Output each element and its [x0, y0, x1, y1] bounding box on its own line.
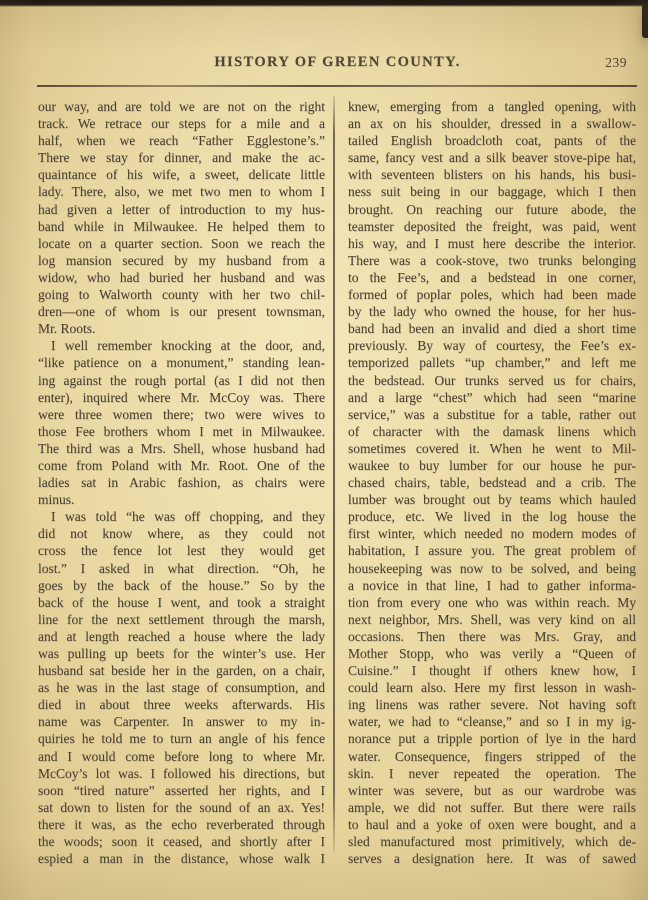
text-line: winter was severe, but as our wardrobe w… — [348, 782, 636, 799]
text-line: log mansion secured by my husband from a — [38, 252, 325, 269]
scan-edge-top — [0, 0, 648, 7]
text-line: come from Poland with Mr. Root. One of t… — [38, 457, 325, 474]
text-line: tailed English broadcloth coat, pants of… — [348, 132, 636, 149]
page-number: 239 — [605, 55, 627, 71]
text-line: housekeeping was now to be solved, and b… — [348, 560, 636, 577]
text-line: had given a letter of introduction to my… — [38, 201, 325, 218]
text-line: habitation, I assure you. The great prob… — [348, 542, 636, 559]
text-line: same, fancy vest and a silk beaver stove… — [348, 149, 636, 166]
text-line: widow, who had buried her husband and wa… — [38, 269, 325, 286]
text-line: back of the house I went, and took a str… — [38, 594, 325, 611]
text-line: quaintance of his wife, a sweet, delicat… — [38, 166, 325, 183]
text-line: and at length reached a house where the … — [38, 628, 325, 645]
text-line: Mr. Roots. — [38, 320, 325, 337]
text-line: skin. I never repeated the operation. Th… — [348, 765, 636, 782]
text-line: serves a designation here. It was of saw… — [348, 850, 636, 867]
text-line: waukee to buy lumber for our house he pu… — [348, 457, 636, 474]
text-line: goes by the back of the house.” So by th… — [38, 577, 325, 594]
text-line: Cuisine.” I thought if others knew how, … — [348, 662, 636, 679]
text-line: Mother Stopp, who was verily a “Queen of — [348, 645, 636, 662]
text-line: formed of poplar poles, which had been m… — [348, 286, 636, 303]
paragraph: I well remember knocking at the door, an… — [38, 337, 325, 508]
text-line: minus. — [38, 491, 325, 508]
text-line: ing linens was rather severe. Not having… — [348, 696, 636, 713]
text-line: locate on a quarter section. Soon we rea… — [38, 235, 325, 252]
text-line: sometimes covered it. When he went to Mi… — [348, 440, 636, 457]
text-line: and a large “chest” which had seen “mari… — [348, 389, 636, 406]
text-line: water, we had to “cleanse,” and so I in … — [348, 713, 636, 730]
text-line: lady. There, also, we met two men to who… — [38, 183, 325, 200]
header-rule — [37, 85, 637, 87]
text-line: soon “tired nature” asserted her rights,… — [38, 782, 325, 799]
text-line: ample, we did not suffer. But there were… — [348, 799, 636, 816]
text-line: there it was, as the echo reverberated t… — [38, 816, 325, 833]
text-line: first winter, which needed no modern mod… — [348, 525, 636, 542]
text-line: and I would come before long to where Mr… — [38, 748, 325, 765]
text-line: band had been an invalid and died a shor… — [348, 320, 636, 337]
text-line: previously. By way of courtesy, the Fee’… — [348, 337, 636, 354]
text-line: of character with the damask linens whic… — [348, 423, 636, 440]
text-line: lost.” I asked in what direction. “Oh, h… — [38, 560, 325, 577]
text-line: sat down to listen for the sound of an a… — [38, 799, 325, 816]
text-line: chased chairs, table, bedstead and a cri… — [348, 474, 636, 491]
text-line: teamster deposited the freight, was paid… — [348, 218, 636, 235]
text-line: did not know where, as they could not — [38, 525, 325, 542]
text-line: cross the fence lot lest they would get — [38, 542, 325, 559]
text-line: dren—one of whom is our present townsman… — [38, 303, 325, 320]
text-line: the woods; soon it ceased, and shortly a… — [38, 833, 325, 850]
text-line: quiries he told me to turn an angle of h… — [38, 730, 325, 747]
text-line: the bedstead. Our trunks served us for c… — [348, 372, 636, 389]
text-line: next neighbor, Mrs. Shell, was very kind… — [348, 611, 636, 628]
book-page: HISTORY OF GREEN COUNTY. 239 our way, an… — [0, 0, 648, 900]
text-line: with seventeen blisters on his hands, hi… — [348, 166, 636, 183]
scan-mark-top-right — [642, 4, 648, 38]
text-line: I well remember knocking at the door, an… — [38, 337, 325, 354]
text-line: occasions. Then there was Mrs. Gray, and — [348, 628, 636, 645]
text-line: knew, emerging from a tangled opening, w… — [348, 98, 636, 115]
text-line: ing against the rough portal (as I did n… — [38, 372, 325, 389]
text-line: our way, and are told we are not on the … — [38, 98, 325, 115]
text-line: a novice in that line, I had to gather i… — [348, 577, 636, 594]
text-line: band while in Milwaukee. He helped them … — [38, 218, 325, 235]
text-line: lumber was brought out by teams which ha… — [348, 491, 636, 508]
text-line: temporized pallets “up chamber,” and lef… — [348, 354, 636, 371]
text-line: I was told “he was off chopping, and the… — [38, 508, 325, 525]
text-line: as he was in the last stage of consumpti… — [38, 679, 325, 696]
text-column-right: knew, emerging from a tangled opening, w… — [348, 98, 636, 867]
text-line: brought. On reaching our future abode, t… — [348, 201, 636, 218]
column-divider — [333, 96, 335, 853]
text-line: The third was a Mrs. Shell, whose husban… — [38, 440, 325, 457]
text-line: “like patience on a monument,” standing … — [38, 354, 325, 371]
text-line: sled manufactured most primitively, whic… — [348, 833, 636, 850]
text-line: was pulling up beets for the winter’s us… — [38, 645, 325, 662]
paragraph: our way, and are told we are not on the … — [38, 98, 325, 337]
page-title: HISTORY OF GREEN COUNTY. — [214, 54, 460, 70]
text-line: were three women there; two were wives t… — [38, 406, 325, 423]
text-line: McCoy’s lot was. I followed his directio… — [38, 765, 325, 782]
text-line: ladies sat in Arabic fashion, as chairs … — [38, 474, 325, 491]
text-line: enter), inquired where Mr. McCoy was. Th… — [38, 389, 325, 406]
text-line: line for the next settlement through the… — [38, 611, 325, 628]
text-line: to the Fee’s, and a bedstead in one corn… — [348, 269, 636, 286]
text-line: tion from every one who was within reach… — [348, 594, 636, 611]
text-line: track. We retrace our steps for a mile a… — [38, 115, 325, 132]
text-line: going to Walworth county with her two ch… — [38, 286, 325, 303]
text-line: ness suit being in our baggage, which I … — [348, 183, 636, 200]
text-column-left: our way, and are told we are not on the … — [38, 98, 325, 867]
text-line: died in about three weeks afterwards. Hi… — [38, 696, 325, 713]
page-header: HISTORY OF GREEN COUNTY. 239 — [38, 53, 637, 71]
text-line: norance put a tripple portion of lye in … — [348, 730, 636, 747]
text-line: half, when we reach “Father Egglestone’s… — [38, 132, 325, 149]
text-line: There was a cook-stove, two trunks belon… — [348, 252, 636, 269]
text-line: produce, etc. We lived in the log house … — [348, 508, 636, 525]
text-line: husband sat beside her in the garden, on… — [38, 662, 325, 679]
paragraph: I was told “he was off chopping, and the… — [38, 508, 325, 867]
text-line: espied a man in the distance, whose walk… — [38, 850, 325, 867]
text-line: name was Carpenter. In answer to my in- — [38, 713, 325, 730]
text-line: could learn also. Here my first lesson i… — [348, 679, 636, 696]
text-line: an ax on his shoulder, dressed in a swal… — [348, 115, 636, 132]
text-line: by the lady who owned the house, for her… — [348, 303, 636, 320]
text-line: to haul and a yoke of oxen were bought, … — [348, 816, 636, 833]
text-line: There we stay for dinner, and make the a… — [38, 149, 325, 166]
paragraph: knew, emerging from a tangled opening, w… — [348, 98, 636, 867]
text-line: his way, and I must here describe the in… — [348, 235, 636, 252]
text-line: those Fee brothers whom I met in Milwauk… — [38, 423, 325, 440]
text-line: water. Consequence, fingers stripped of … — [348, 748, 636, 765]
text-line: service,” was a substitue for a table, r… — [348, 406, 636, 423]
